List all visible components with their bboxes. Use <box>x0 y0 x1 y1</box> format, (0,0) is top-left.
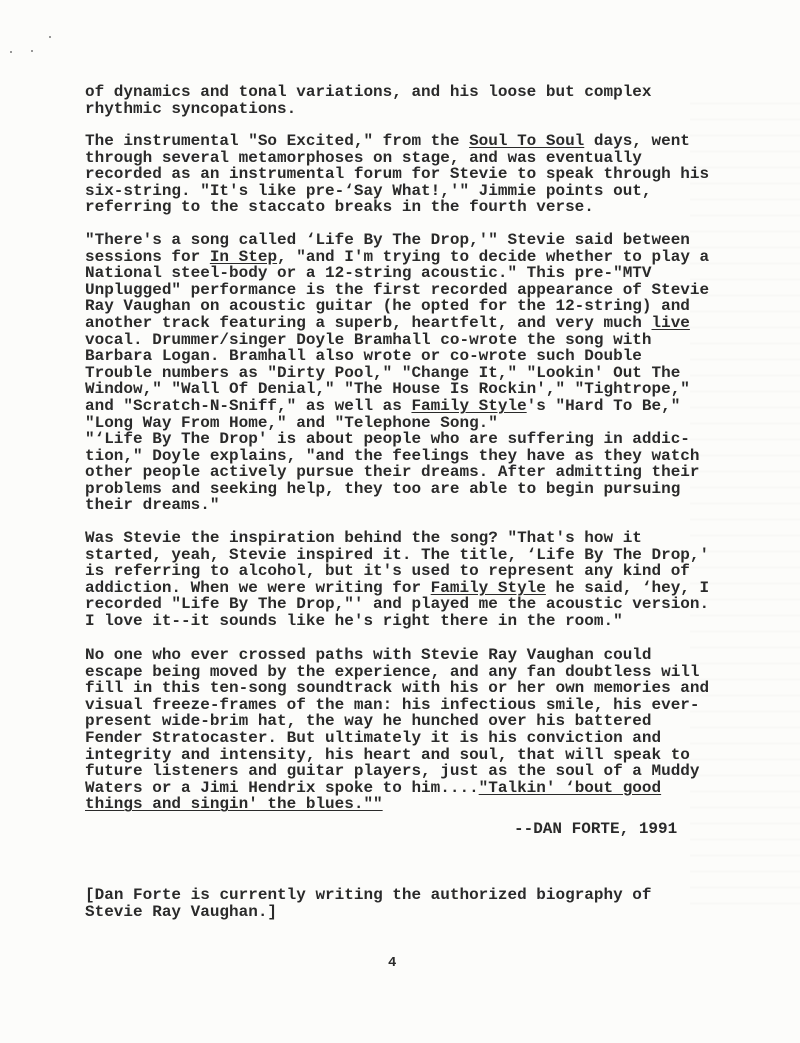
text-run: Ray Vaughan on acoustic guitar (he opted… <box>85 297 690 315</box>
text-line: "Long Way From Home," and "Telephone Son… <box>85 415 709 432</box>
paragraph-5: Was Stevie the inspiration behind the so… <box>85 530 709 630</box>
paragraph-3: "There's a song called ‘Life By The Drop… <box>85 232 709 431</box>
underlined-title: In Step <box>210 248 277 266</box>
text-line: rhythmic syncopations. <box>85 101 652 118</box>
author-signature: --DAN FORTE, 1991 <box>514 821 677 838</box>
text-line: Stevie Ray Vaughan.] <box>85 904 652 921</box>
paragraph-6: No one who ever crossed paths with Stevi… <box>85 647 709 813</box>
paper-speck <box>49 36 51 38</box>
text-run: future listeners and guitar players, jus… <box>85 762 700 780</box>
underlined-title: Family Style <box>411 397 526 415</box>
text-run: "There's a song called ‘Life By The Drop… <box>85 231 690 249</box>
text-line: present wide-brim hat, the way he hunche… <box>85 713 709 730</box>
underlined-title: live <box>652 314 690 332</box>
author-note: [Dan Forte is currently writing the auth… <box>85 887 652 920</box>
text-run: escape being moved by the experience, an… <box>85 663 700 681</box>
bold-name: Dan Forte <box>95 886 181 904</box>
paragraph-2: The instrumental "So Excited," from the … <box>85 133 709 216</box>
text-run: six-string. "It's like pre-‘Say What!,'"… <box>85 182 652 200</box>
text-run: other people actively pursue their dream… <box>85 463 700 481</box>
text-line: six-string. "It's like pre-‘Say What!,'"… <box>85 183 709 200</box>
text-run: No one who ever crossed paths with Stevi… <box>85 646 652 664</box>
text-line: [Dan Forte is currently writing the auth… <box>85 887 652 904</box>
text-run: referring to the staccato breaks in the … <box>85 198 594 216</box>
text-line: Trouble numbers as "Dirty Pool," "Change… <box>85 365 709 382</box>
text-run: "‘Life By The Drop' is about people who … <box>85 430 690 448</box>
text-line: Barbara Logan. Bramhall also wrote or co… <box>85 348 709 365</box>
text-run: integrity and intensity, his heart and s… <box>85 746 690 764</box>
text-run: started, yeah, Stevie inspired it. The t… <box>85 546 709 564</box>
text-run: recorded as an instrumental forum for St… <box>85 165 709 183</box>
text-run: another track featuring a superb, heartf… <box>85 314 652 332</box>
text-run: [ <box>85 886 95 904</box>
text-line: visual freeze-frames of the man: his inf… <box>85 697 709 714</box>
text-run: The instrumental "So Excited," from the <box>85 132 469 150</box>
text-line: and "Scratch-N-Sniff," as well as Family… <box>85 398 709 415</box>
text-run: Window," "Wall Of Denial," "The House Is… <box>85 380 690 398</box>
text-run: visual freeze-frames of the man: his inf… <box>85 696 700 714</box>
text-line: The instrumental "So Excited," from the … <box>85 133 709 150</box>
text-run: recorded "Life By The Drop,"' and played… <box>85 595 709 613</box>
text-line: of dynamics and tonal variations, and hi… <box>85 84 652 101</box>
text-run: Barbara Logan. Bramhall also wrote or co… <box>85 347 642 365</box>
text-line: addiction. When we were writing for Fami… <box>85 580 709 597</box>
paper-speck <box>10 51 12 53</box>
text-run: Was Stevie the inspiration behind the so… <box>85 529 642 547</box>
page-number: 4 <box>388 955 396 971</box>
text-run: is currently writing the authorized biog… <box>181 886 651 904</box>
text-line: vocal. Drummer/singer Doyle Bramhall co-… <box>85 332 709 349</box>
text-line: sessions for In Step, "and I'm trying to… <box>85 249 709 266</box>
text-run: is referring to alcohol, but it's used t… <box>85 562 690 580</box>
text-line: fill in this ten-song soundtrack with hi… <box>85 680 709 697</box>
text-run: and "Scratch-N-Sniff," as well as <box>85 397 411 415</box>
text-line: "‘Life By The Drop' is about people who … <box>85 431 700 448</box>
text-line: No one who ever crossed paths with Stevi… <box>85 647 709 664</box>
text-run: tion," Doyle explains, "and the feelings… <box>85 447 700 465</box>
text-line: Unplugged" performance is the first reco… <box>85 282 709 299</box>
text-run: , "and I'm trying to decide whether to p… <box>277 248 709 266</box>
text-line: referring to the staccato breaks in the … <box>85 199 709 216</box>
text-line: another track featuring a superb, heartf… <box>85 315 709 332</box>
text-run: rhythmic syncopations. <box>85 100 296 118</box>
text-line: escape being moved by the experience, an… <box>85 664 709 681</box>
text-run: he said, ‘hey, I <box>546 579 709 597</box>
document-page: of dynamics and tonal variations, and hi… <box>0 0 800 1043</box>
text-run: Unplugged" performance is the first reco… <box>85 281 709 299</box>
underlined-title: "Talkin' ‘bout good <box>479 779 661 797</box>
text-line: Window," "Wall Of Denial," "The House Is… <box>85 381 709 398</box>
text-run: fill in this ten-song soundtrack with hi… <box>85 679 709 697</box>
underlined-title: Family Style <box>431 579 546 597</box>
text-run: "Long Way From Home," and "Telephone Son… <box>85 414 498 432</box>
paragraph-4: "‘Life By The Drop' is about people who … <box>85 431 700 514</box>
underlined-title: things and singin' the blues."" <box>85 795 383 813</box>
text-line: Ray Vaughan on acoustic guitar (he opted… <box>85 298 709 315</box>
text-run: Stevie Ray Vaughan.] <box>85 903 277 921</box>
text-line: Fender Stratocaster. But ultimately it i… <box>85 730 709 747</box>
text-line: problems and seeking help, they too are … <box>85 481 700 498</box>
text-run: National steel-body or a 12-string acous… <box>85 264 652 282</box>
text-run: present wide-brim hat, the way he hunche… <box>85 712 652 730</box>
text-line: their dreams." <box>85 497 700 514</box>
text-line: things and singin' the blues."" <box>85 796 709 813</box>
text-line: tion," Doyle explains, "and the feelings… <box>85 448 700 465</box>
text-line: National steel-body or a 12-string acous… <box>85 265 709 282</box>
text-run: sessions for <box>85 248 210 266</box>
text-run: days, went <box>584 132 690 150</box>
text-line: integrity and intensity, his heart and s… <box>85 747 709 764</box>
text-run: 's "Hard To Be," <box>527 397 681 415</box>
text-run: I love it--it sounds like he's right the… <box>85 612 623 630</box>
paper-speck <box>31 50 33 52</box>
text-run: Trouble numbers as "Dirty Pool," "Change… <box>85 364 680 382</box>
text-line: started, yeah, Stevie inspired it. The t… <box>85 547 709 564</box>
text-line: recorded "Life By The Drop,"' and played… <box>85 596 709 613</box>
text-run: their dreams." <box>85 496 219 514</box>
text-run: of dynamics and tonal variations, and hi… <box>85 83 652 101</box>
text-run: Fender Stratocaster. But ultimately it i… <box>85 729 661 747</box>
text-line: Was Stevie the inspiration behind the so… <box>85 530 709 547</box>
text-run: through several metamorphoses on stage, … <box>85 149 642 167</box>
text-line: I love it--it sounds like he's right the… <box>85 613 709 630</box>
text-line: "There's a song called ‘Life By The Drop… <box>85 232 709 249</box>
text-line: other people actively pursue their dream… <box>85 464 700 481</box>
text-run: Waters or a Jimi Hendrix spoke to him...… <box>85 779 479 797</box>
text-line: Waters or a Jimi Hendrix spoke to him...… <box>85 780 709 797</box>
underlined-title: Soul To Soul <box>469 132 584 150</box>
text-line: through several metamorphoses on stage, … <box>85 150 709 167</box>
paragraph-1: of dynamics and tonal variations, and hi… <box>85 84 652 117</box>
text-line: future listeners and guitar players, jus… <box>85 763 709 780</box>
text-run: problems and seeking help, they too are … <box>85 480 680 498</box>
text-run: addiction. When we were writing for <box>85 579 431 597</box>
text-line: recorded as an instrumental forum for St… <box>85 166 709 183</box>
text-line: is referring to alcohol, but it's used t… <box>85 563 709 580</box>
text-run: vocal. Drummer/singer Doyle Bramhall co-… <box>85 331 652 349</box>
